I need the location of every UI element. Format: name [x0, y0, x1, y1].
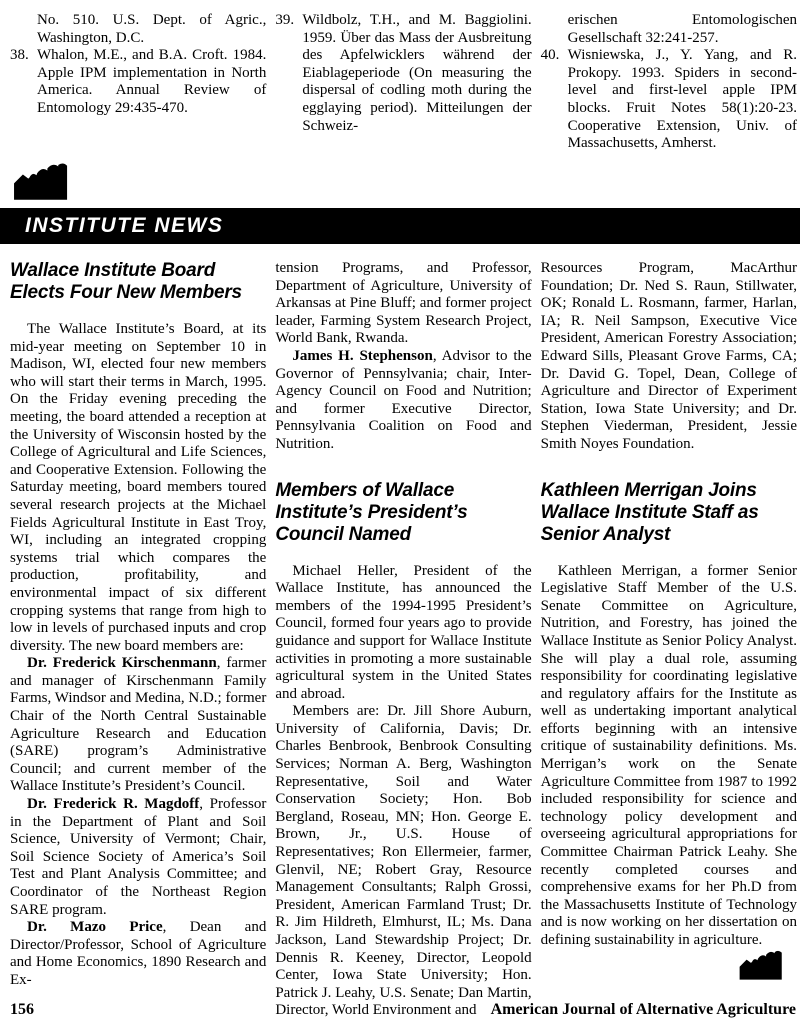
reference-text: erischen Entomologischen Gesellschaft 32…	[568, 12, 797, 46]
paragraph: James H. Stephenson, Advisor to the Gove…	[275, 348, 531, 454]
reference-number: 40.	[541, 47, 560, 65]
journal-name: American Journal of Alternative Agricult…	[491, 1001, 796, 1019]
paragraph-text: The Wallace Institute’s Board, at its mi…	[10, 321, 266, 654]
farm-silhouette-logo	[738, 944, 792, 984]
article-title-kathleen-merrigan: Kathleen Merrigan Joins Wallace Institut…	[541, 480, 797, 546]
reference-item: No. 510. U.S. Dept. of Agric., Washingto…	[10, 12, 266, 47]
news-column-3: Resources Program, MacArthur Foundation;…	[541, 260, 797, 1020]
paragraph-text: , Professor in the Department of Plant a…	[10, 796, 266, 918]
paragraph: Michael Heller, President of the Wallace…	[275, 563, 531, 704]
page-number: 156	[10, 1001, 34, 1019]
paragraph-text: tension Programs, and Professor, Departm…	[275, 260, 531, 346]
paragraph-lead: James H. Stephenson	[292, 348, 433, 364]
paragraph-text: Members are: Dr. Jill Shore Auburn, Univ…	[275, 703, 531, 1018]
section-title: INSTITUTE NEWS	[25, 214, 223, 238]
references-section: No. 510. U.S. Dept. of Agric., Washingto…	[0, 0, 800, 150]
paragraph: Kathleen Merrigan, a former Senior Legis…	[541, 563, 797, 950]
reference-number: 38.	[10, 47, 29, 65]
paragraph-text: Michael Heller, President of the Wallace…	[275, 563, 531, 702]
news-column-2: tension Programs, and Professor, Departm…	[275, 260, 531, 1020]
article-title-line: Kathleen Merrigan Joins	[541, 480, 797, 502]
paragraph: Dr. Mazo Price, Dean and Director/Profes…	[10, 919, 266, 989]
reference-item: 39. Wildbolz, T.H., and M. Baggiolini. 1…	[275, 12, 531, 135]
article-title-line: Wallace Institute Board	[10, 260, 266, 282]
paragraph: The Wallace Institute’s Board, at its mi…	[10, 321, 266, 655]
paragraph-text: , farmer and manager of Kirschenmann Fam…	[10, 655, 266, 794]
journal-page: No. 510. U.S. Dept. of Agric., Washingto…	[0, 0, 800, 1026]
paragraph-lead: Dr. Frederick Kirschenmann	[27, 655, 217, 671]
reference-number: 39.	[275, 12, 294, 30]
paragraph-lead: Dr. Mazo Price	[27, 919, 163, 935]
article-title-line: Wallace Institute Staff as	[541, 502, 797, 524]
article-title-line: Senior Analyst	[541, 524, 797, 546]
institute-news-bar: INSTITUTE NEWS	[0, 208, 800, 244]
article-title-presidents-council: Members of Wallace Institute’s President…	[275, 480, 531, 546]
article-title-line: Members of Wallace	[275, 480, 531, 502]
article-title-line: Institute’s President’s	[275, 502, 531, 524]
reference-item: 38. Whalon, M.E., and B.A. Croft. 1984. …	[10, 47, 266, 117]
references-column-3: erischen Entomologischen Gesellschaft 32…	[541, 12, 797, 150]
paragraph: Dr. Frederick Kirschenmann, farmer and m…	[10, 655, 266, 796]
farm-silhouette-logo	[12, 158, 800, 204]
reference-text: Wisniewska, J., Y. Yang, and R. Prokopy.…	[568, 47, 797, 151]
article-title-wallace-board: Wallace Institute Board Elects Four New …	[10, 260, 266, 304]
paragraph-lead: Dr. Frederick R. Magdoff	[27, 796, 199, 812]
reference-item: erischen Entomologischen Gesellschaft 32…	[541, 12, 797, 47]
paragraph: tension Programs, and Professor, Departm…	[275, 260, 531, 348]
references-column-1: No. 510. U.S. Dept. of Agric., Washingto…	[10, 12, 266, 150]
page-footer: 156 American Journal of Alternative Agri…	[10, 1001, 796, 1019]
news-body: Wallace Institute Board Elects Four New …	[0, 244, 800, 1020]
paragraph-text: Kathleen Merrigan, a former Senior Legis…	[541, 563, 797, 948]
farm-buildings-icon	[738, 944, 792, 984]
reference-item: 40. Wisniewska, J., Y. Yang, and R. Prok…	[541, 47, 797, 153]
reference-text: No. 510. U.S. Dept. of Agric., Washingto…	[37, 12, 266, 46]
news-column-1: Wallace Institute Board Elects Four New …	[10, 260, 266, 1020]
paragraph-text: Resources Program, MacArthur Foundation;…	[541, 260, 797, 452]
farm-buildings-icon	[12, 158, 80, 202]
paragraph: Resources Program, MacArthur Foundation;…	[541, 260, 797, 454]
reference-text: Whalon, M.E., and B.A. Croft. 1984. Appl…	[37, 47, 266, 116]
reference-text: Wildbolz, T.H., and M. Baggiolini. 1959.…	[302, 12, 531, 134]
article-title-line: Council Named	[275, 524, 531, 546]
paragraph: Dr. Frederick R. Magdoff, Professor in t…	[10, 796, 266, 919]
paragraph: Members are: Dr. Jill Shore Auburn, Univ…	[275, 703, 531, 1020]
article-title-line: Elects Four New Members	[10, 282, 266, 304]
references-column-2: 39. Wildbolz, T.H., and M. Baggiolini. 1…	[275, 12, 531, 150]
